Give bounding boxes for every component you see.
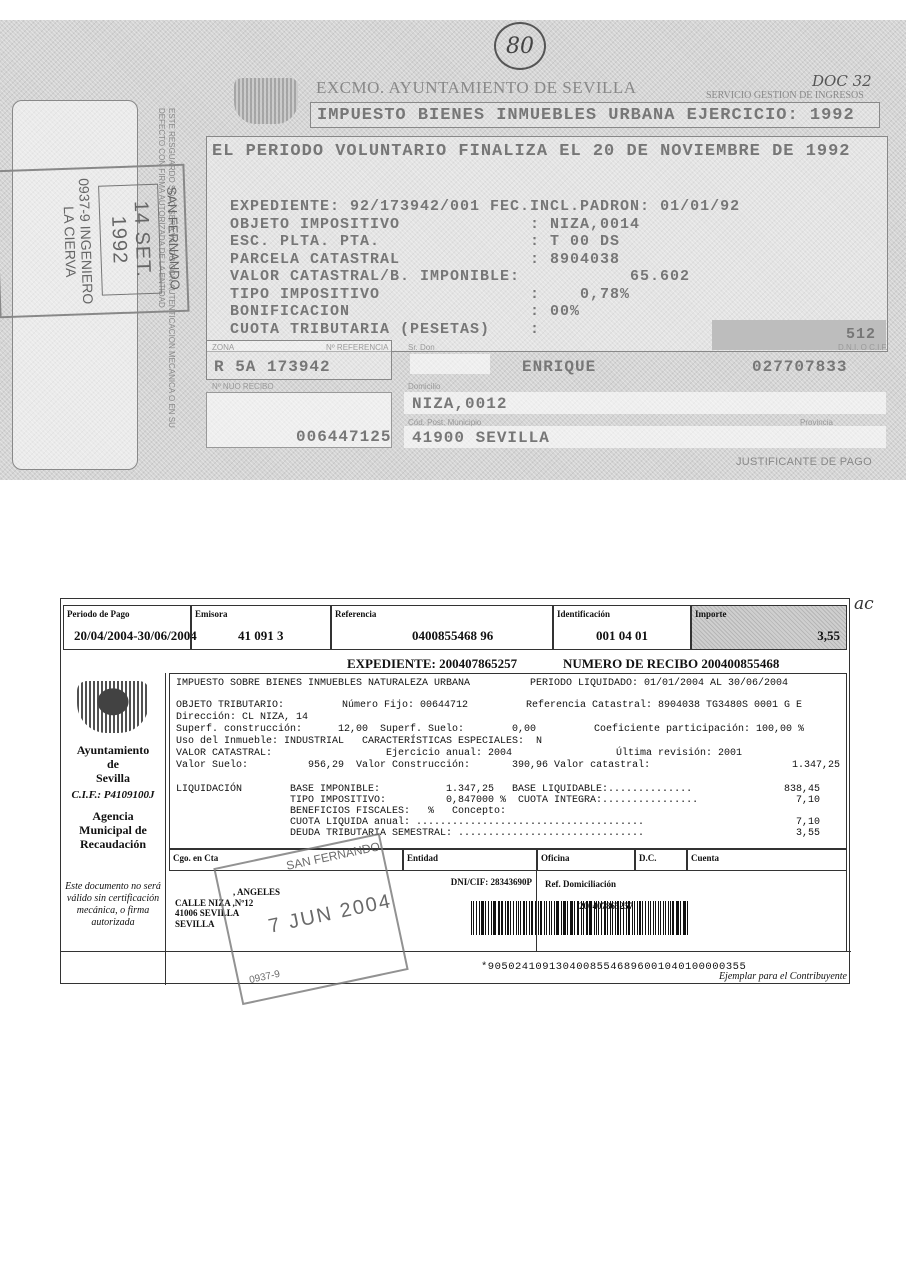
cuenta-cell: Cuenta	[687, 849, 847, 871]
copy-note: Ejemplar para el Contribuyente	[719, 971, 847, 982]
identificacion-label: Identificación	[557, 609, 610, 619]
dni-value: 027707833	[752, 358, 847, 376]
divider	[61, 951, 851, 952]
recibo-value: 006447125	[296, 428, 391, 446]
taxpayer-dni: DNI/CIF: 28343690P	[451, 877, 532, 887]
issuer-name: de	[63, 757, 163, 771]
liq-line: CUOTA LIQUIDA anual: ...................…	[290, 817, 644, 829]
numero-recibo: NUMERO DE RECIBO 200400855468	[563, 656, 779, 672]
valor-catastral-label: VALOR CATASTRAL:	[176, 748, 272, 760]
expediente-line: EXPEDIENTE: 92/173942/001 FEC.INCL.PADRO…	[230, 198, 740, 216]
liq-value: 7,10	[796, 795, 820, 807]
cp-value: 41900 SEVILLA	[412, 429, 550, 447]
importe-label: Importe	[695, 609, 727, 619]
row-value: 65.602	[530, 268, 690, 286]
coat-of-arms-icon	[77, 681, 149, 733]
periodo-value: 20/04/2004-30/06/2004	[74, 628, 197, 644]
periodo-cell: Periodo de Pago 20/04/2004-30/06/2004	[63, 605, 191, 650]
domiciliacion-label: Ref. Domiciliación	[545, 879, 616, 889]
barcode	[471, 901, 831, 935]
detail-row: OBJETO IMPOSITIVO: NIZA,0014	[230, 216, 740, 234]
issuer-name: Sevilla	[63, 771, 163, 785]
divider	[165, 673, 166, 985]
ejercicio: Ejercicio anual: 2004	[386, 748, 512, 760]
barcode-number: *90502410913040085546896001040100000355	[481, 961, 746, 973]
validity-note: Este documento no será válido sin certif…	[63, 881, 163, 929]
detail-rows: EXPEDIENTE: 92/173942/001 FEC.INCL.PADRO…	[230, 198, 740, 338]
identificacion-value: 001 04 01	[596, 628, 648, 644]
receipt-1992: 80 EXCMO. AYUNTAMIENTO DE SEVILLA SERVIC…	[0, 20, 906, 480]
domicilio-value: NIZA,0012	[412, 395, 507, 413]
importe-cell: Importe 3,55	[691, 605, 847, 650]
row-label: TIPO IMPOSITIVO	[230, 286, 530, 304]
detail-row: PARCELA CATASTRAL: 8904038	[230, 251, 740, 269]
liq-value: 838,45	[784, 784, 820, 796]
periodo-liquidado: PERIODO LIQUIDADO: 01/01/2004 AL 30/06/2…	[530, 678, 788, 690]
dc-label: D.C.	[639, 853, 657, 863]
agency-name: Recaudación	[63, 837, 163, 851]
valor-catastral-value: 1.347,25	[792, 760, 840, 772]
oficina-cell: Oficina	[537, 849, 635, 871]
detail-row: ESC. PLTA. PTA.: T 00 DS	[230, 233, 740, 251]
coeficiente: Coeficiente participación: 100,00 %	[594, 724, 804, 736]
cgo-label: Cgo. en Cta	[173, 853, 218, 863]
stamp-date: 7 JUN 2004	[266, 890, 394, 939]
liq-line: BENEFICIOS FISCALES: % Concepto:	[290, 806, 506, 818]
payment-proof-label: JUSTIFICANTE DE PAGO	[736, 456, 872, 468]
stamp-branch: 0937-9	[248, 969, 281, 986]
deadline-notice: EL PERIODO VOLUNTARIO FINALIZA EL 20 DE …	[212, 142, 851, 161]
row-value: : 0,78%	[530, 286, 630, 304]
receipt-2004: Periodo de Pago 20/04/2004-30/06/2004 Em…	[60, 598, 850, 984]
expediente-text: EXPEDIENTE: 92/173942/001 FEC.INCL.PADRO…	[230, 198, 740, 216]
referencia-value: 0400855468 96	[412, 628, 493, 644]
service-label: SERVICIO GESTION DE INGRESOS	[706, 90, 864, 101]
detail-row: TIPO IMPOSITIVO: 0,78%	[230, 286, 740, 304]
identificacion-cell: Identificación 001 04 01	[553, 605, 691, 650]
row-label: VALOR CATASTRAL/B. IMPONIBLE:	[230, 268, 530, 286]
row-value: : NIZA,0014	[530, 216, 640, 234]
city-hall-title: EXCMO. AYUNTAMIENTO DE SEVILLA	[316, 78, 637, 98]
superficies: Superf. construcción: 12,00 Superf. Suel…	[176, 724, 536, 736]
row-label: PARCELA CATASTRAL	[230, 251, 530, 269]
entidad-label: Entidad	[407, 853, 438, 863]
referencia-label: Nº REFERENCIA	[326, 343, 388, 352]
coat-of-arms-icon	[234, 78, 298, 124]
uso-inmueble: Uso del Inmueble: INDUSTRIAL CARACTERÍST…	[176, 736, 542, 748]
periodo-label: Periodo de Pago	[67, 609, 130, 619]
row-label: OBJETO IMPOSITIVO	[230, 216, 530, 234]
liq-line: TIPO IMPOSITIVO: 0,847000 % CUOTA INTEGR…	[290, 795, 698, 807]
liq-line: DEUDA TRIBUTARIA SEMESTRAL: ............…	[290, 828, 644, 840]
agency-name: Agencia	[63, 809, 163, 823]
handwritten-doc-note: DOC 32	[812, 72, 872, 90]
entidad-cell: Entidad	[403, 849, 537, 871]
agency-name: Municipal de	[63, 823, 163, 837]
issuer-cif: C.I.F.: P4109100J	[63, 789, 163, 801]
row-value: :	[530, 321, 540, 339]
issuer-name: Ayuntamiento	[63, 743, 163, 757]
importe-value: 3,55	[817, 628, 840, 644]
tax-detail-box: IMPUESTO SOBRE BIENES INMUEBLES NATURALE…	[169, 673, 847, 849]
direccion: Dirección: CL NIZA, 14	[176, 712, 308, 724]
row-value: : T 00 DS	[530, 233, 620, 251]
stamp-branch: 0937-9 INGENIERO LA CIERVA	[60, 173, 97, 310]
stamp-office: SAN FERNANDO	[164, 170, 184, 306]
row-label: CUOTA TRIBUTARIA (PESETAS)	[230, 321, 530, 339]
row-value: : 8904038	[530, 251, 620, 269]
row-value: : 00%	[530, 303, 580, 321]
detail-row: BONIFICACION: 00%	[230, 303, 740, 321]
valores: Valor Suelo: 956,29 Valor Construcción: …	[176, 760, 650, 772]
emisora-value: 41 091 3	[238, 628, 284, 644]
dni-label: D.N.I. O C.I.F.	[838, 343, 888, 352]
objeto-tributario: OBJETO TRIBUTARIO:	[176, 700, 284, 712]
numero-fijo: Número Fijo: 00644712	[342, 700, 468, 712]
referencia-cell: Referencia 0400855468 96	[331, 605, 553, 650]
ultima-revision: Última revisión: 2001	[616, 748, 742, 760]
dc-cell: D.C.	[635, 849, 687, 871]
liq-value: 3,55	[796, 828, 820, 840]
bank-stamp-1992: SAN FERNANDO 14 SET. 1992 0937-9 INGENIE…	[0, 164, 190, 319]
cuenta-label: Cuenta	[691, 853, 719, 863]
oficina-label: Oficina	[541, 853, 570, 863]
zona-label: ZONA	[212, 343, 234, 352]
stamp-date: 14 SET. 1992	[98, 184, 162, 296]
tax-title: IMPUESTO BIENES INMUEBLES URBANA EJERCIC…	[310, 102, 880, 128]
titular-label: Sr. Don	[408, 343, 435, 352]
titular-value: ENRIQUE	[522, 358, 596, 376]
redacted-name	[410, 354, 490, 374]
referencia-label: Referencia	[335, 609, 376, 619]
tax-name: IMPUESTO SOBRE BIENES INMUEBLES NATURALE…	[176, 678, 470, 690]
issuer-block: Ayuntamiento de Sevilla C.I.F.: P4109100…	[63, 675, 163, 851]
liq-value: 7,10	[796, 817, 820, 829]
detail-row: CUOTA TRIBUTARIA (PESETAS):	[230, 321, 740, 339]
referencia-catastral: Referencia Catastral: 8904038 TG3480S 00…	[526, 700, 802, 712]
page-number-circled: 80	[494, 22, 546, 70]
liq-line: BASE IMPONIBLE: 1.347,25 BASE LIQUIDABLE…	[290, 784, 692, 796]
emisora-label: Emisora	[195, 609, 228, 619]
row-label: ESC. PLTA. PTA.	[230, 233, 530, 251]
expediente: EXPEDIENTE: 200407865257	[347, 656, 517, 672]
liquidacion-label: LIQUIDACIÓN	[176, 784, 242, 796]
zona-value: R 5A 173942	[214, 358, 331, 376]
emisora-cell: Emisora 41 091 3	[191, 605, 331, 650]
domicilio-label: Domicilio	[408, 382, 440, 391]
handwritten-margin-note: ac	[854, 594, 874, 614]
detail-row: VALOR CATASTRAL/B. IMPONIBLE: 65.602	[230, 268, 740, 286]
recibo-label: Nº NUO RECIBO	[212, 382, 274, 391]
row-label: BONIFICACION	[230, 303, 530, 321]
